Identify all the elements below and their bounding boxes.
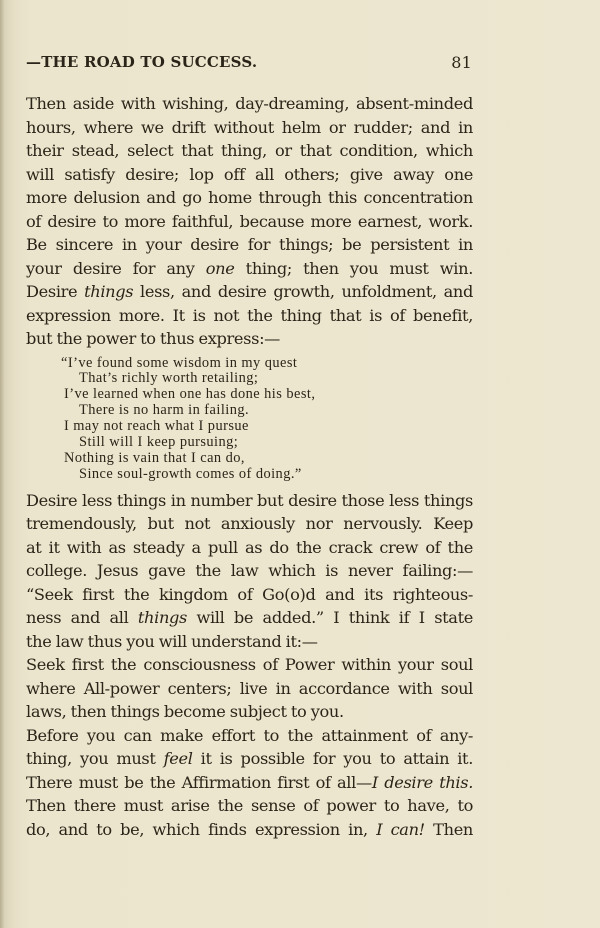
- text-segment: There must be the Affirmation first of a…: [26, 773, 372, 792]
- page-body: Then aside with wishing, day-dreaming, a…: [26, 92, 473, 841]
- text-line: of desire to more faithful, because more…: [26, 210, 473, 234]
- text-segment: it is possible for you to attain it.: [193, 749, 473, 768]
- text-line: Then there must arise the sense of power…: [26, 794, 473, 818]
- text-line: more delusion and go home through this c…: [26, 186, 473, 210]
- text-line: There must be the Affirmation first of a…: [26, 771, 473, 795]
- text-segment: less, and desire growth, unfoldment, and: [133, 282, 473, 301]
- text-segment: Desire less things in number but desire …: [26, 491, 473, 510]
- poem-line: There is no harm in failing.: [26, 403, 473, 419]
- poem-line: Still will I keep pursuing;: [26, 435, 473, 451]
- poem-quote: “I’ve found some wisdom in my questThat’…: [26, 351, 473, 489]
- text-segment: will be added.” I think if I state: [187, 608, 473, 627]
- text-segment: will satisfy desire; lop off all others;…: [26, 165, 473, 184]
- italic-emphasis: feel: [164, 749, 193, 768]
- text-segment: Then there must arise the sense of power…: [26, 796, 473, 815]
- text-line: hours, where we drift without helm or ru…: [26, 116, 473, 140]
- poem-line: “I’ve found some wisdom in my quest: [26, 356, 473, 372]
- paragraph-2: Desire less things in number but desire …: [26, 489, 473, 842]
- text-line: Then aside with wishing, day-dreaming, a…: [26, 92, 473, 116]
- text-segment: tremendously, but not anxiously nor nerv…: [26, 514, 473, 533]
- text-line: the law thus you will understand it:—: [26, 630, 473, 654]
- italic-emphasis: one: [206, 259, 235, 278]
- poem-line: Since soul-growth comes of doing.”: [26, 467, 473, 483]
- book-binding-shadow: [0, 0, 4, 928]
- text-line: Desire less things in number but desire …: [26, 489, 473, 513]
- text-line: “Seek first the kingdom of Go(o)d and it…: [26, 583, 473, 607]
- text-segment: college. Jesus gave the law which is nev…: [26, 561, 473, 580]
- text-line: their stead, select that thing, or that …: [26, 139, 473, 163]
- poem-line: That’s richly worth retailing;: [26, 371, 473, 387]
- paragraph-1: Then aside with wishing, day-dreaming, a…: [26, 92, 473, 351]
- text-line: at it with as steady a pull as do the cr…: [26, 536, 473, 560]
- text-line: do, and to be, which finds expression in…: [26, 818, 473, 842]
- text-segment: where All-power centers; live in accorda…: [26, 679, 473, 698]
- text-segment: “Seek first the kingdom of Go(o)d and it…: [26, 585, 473, 604]
- text-segment: thing, you must: [26, 749, 164, 768]
- text-line: laws, then things become subject to you.: [26, 700, 473, 724]
- text-segment: Desire: [26, 282, 84, 301]
- text-segment: expression more. It is not the thing tha…: [26, 306, 473, 325]
- text-segment: Before you can make effort to the attain…: [26, 726, 473, 745]
- text-segment: Then aside with wishing, day-dreaming, a…: [26, 94, 473, 113]
- poem-line: I’ve learned when one has done his best,: [26, 387, 473, 403]
- text-line: Seek first the consciousness of Power wi…: [26, 653, 473, 677]
- text-segment: Then: [425, 820, 473, 839]
- text-segment: laws, then things become subject to you.: [26, 702, 344, 721]
- text-line: where All-power centers; live in accorda…: [26, 677, 473, 701]
- text-segment: thing; then you must win.: [234, 259, 473, 278]
- text-segment: at it with as steady a pull as do the cr…: [26, 538, 473, 557]
- poem-line: Nothing is vain that I can do,: [26, 451, 473, 467]
- text-segment: their stead, select that thing, or that …: [26, 141, 473, 160]
- text-line: thing, you must feel it is possible for …: [26, 747, 473, 771]
- text-segment: the law thus you will understand it:—: [26, 632, 318, 651]
- text-segment: but the power to thus express:—: [26, 329, 280, 348]
- running-title: —THE ROAD TO SUCCESS.: [26, 53, 257, 71]
- text-line: Desire things less, and desire growth, u…: [26, 280, 473, 304]
- text-segment: more delusion and go home through this c…: [26, 188, 473, 207]
- italic-emphasis: things: [84, 282, 133, 301]
- text-line: Be sincere in your desire for things; be…: [26, 233, 473, 257]
- italic-emphasis: things: [138, 608, 187, 627]
- text-segment: of desire to more faithful, because more…: [26, 212, 473, 231]
- text-line: but the power to thus express:—: [26, 327, 473, 351]
- page-number: 81: [451, 53, 472, 72]
- text-segment: hours, where we drift without helm or ru…: [26, 118, 473, 137]
- italic-emphasis: I can!: [376, 820, 425, 839]
- text-line: expression more. It is not the thing tha…: [26, 304, 473, 328]
- text-line: college. Jesus gave the law which is nev…: [26, 559, 473, 583]
- text-segment: your desire for any: [26, 259, 206, 278]
- text-line: ness and all things will be added.” I th…: [26, 606, 473, 630]
- text-segment: Be sincere in your desire for things; be…: [26, 235, 473, 254]
- poem-line: I may not reach what I pursue: [26, 419, 473, 435]
- text-line: Before you can make effort to the attain…: [26, 724, 473, 748]
- text-line: tremendously, but not anxiously nor nerv…: [26, 512, 473, 536]
- text-line: will satisfy desire; lop off all others;…: [26, 163, 473, 187]
- text-line: your desire for any one thing; then you …: [26, 257, 473, 281]
- text-segment: do, and to be, which finds expression in…: [26, 820, 376, 839]
- running-header: —THE ROAD TO SUCCESS. 81: [26, 53, 472, 73]
- italic-emphasis: I desire this.: [372, 773, 473, 792]
- text-segment: Seek first the consciousness of Power wi…: [26, 655, 473, 674]
- text-segment: ness and all: [26, 608, 138, 627]
